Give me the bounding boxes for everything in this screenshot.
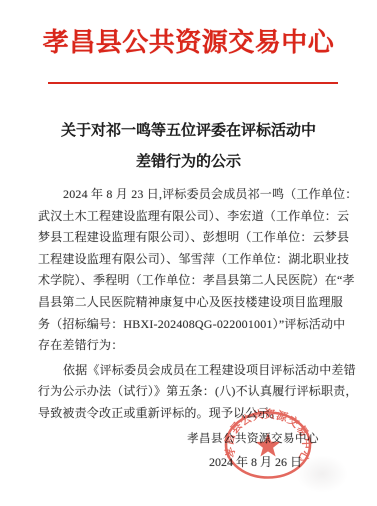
- body-line: 武汉土木工程建设监理有限公司）、李宏道（工作单位：云: [38, 206, 354, 228]
- paragraph-1: 2024 年 8 月 23 日,评标委员会成员祁一鸣（工作单位： 武汉土木工程建…: [38, 184, 354, 357]
- body-line: 术学院）、季程明（工作单位：孝昌县第二人民医院）在“孝: [38, 270, 354, 292]
- body-line: 务（招标编号：HBXI-202408QG-022001001）”评标活动中: [38, 314, 354, 336]
- letterhead-rule: [48, 82, 338, 84]
- body-line: 梦县工程建设监理有限公司）、彭想明（工作单位：云梦县: [38, 227, 354, 249]
- scanned-document-page: 孝昌县公共资源交易中心 关于对祁一鸣等五位评委在评标活动中 差错行为的公示 20…: [0, 0, 377, 506]
- document-title-line2: 差错行为的公示: [0, 150, 377, 171]
- body-line: 导致被责令改正或重新评标的。现予以公示。: [38, 403, 354, 425]
- issue-date: 2024 年 8 月 26 日: [209, 453, 302, 470]
- paragraph-2: 依据《评标委员会成员在工程建设项目评标活动中差错 行为公示办法（试行）》第五条：…: [38, 360, 354, 425]
- body-line: 行为公示办法（试行）》第五条：(八)不认真履行评标职责，: [38, 381, 354, 403]
- scan-smudge: [296, 455, 348, 493]
- body-line: 工程建设监理有限公司）、邹雪萍（工作单位：湖北职业技: [38, 249, 354, 271]
- document-title-line1: 关于对祁一鸣等五位评委在评标活动中: [0, 119, 377, 140]
- body-line: 2024 年 8 月 23 日,评标委员会成员祁一鸣（工作单位：: [38, 184, 354, 206]
- body-line: 存在差错行为：: [38, 335, 354, 357]
- document-body: 2024 年 8 月 23 日,评标委员会成员祁一鸣（工作单位： 武汉土木工程建…: [38, 184, 354, 425]
- issuer-signature: 孝昌县公共资源交易中心: [187, 430, 319, 446]
- body-line: 昌县第二人民医院精神康复中心及医技楼建设项目监理服: [38, 292, 354, 314]
- letterhead-title: 孝昌县公共资源交易中心: [0, 22, 377, 59]
- body-line: 依据《评标委员会成员在工程建设项目评标活动中差错: [38, 360, 354, 382]
